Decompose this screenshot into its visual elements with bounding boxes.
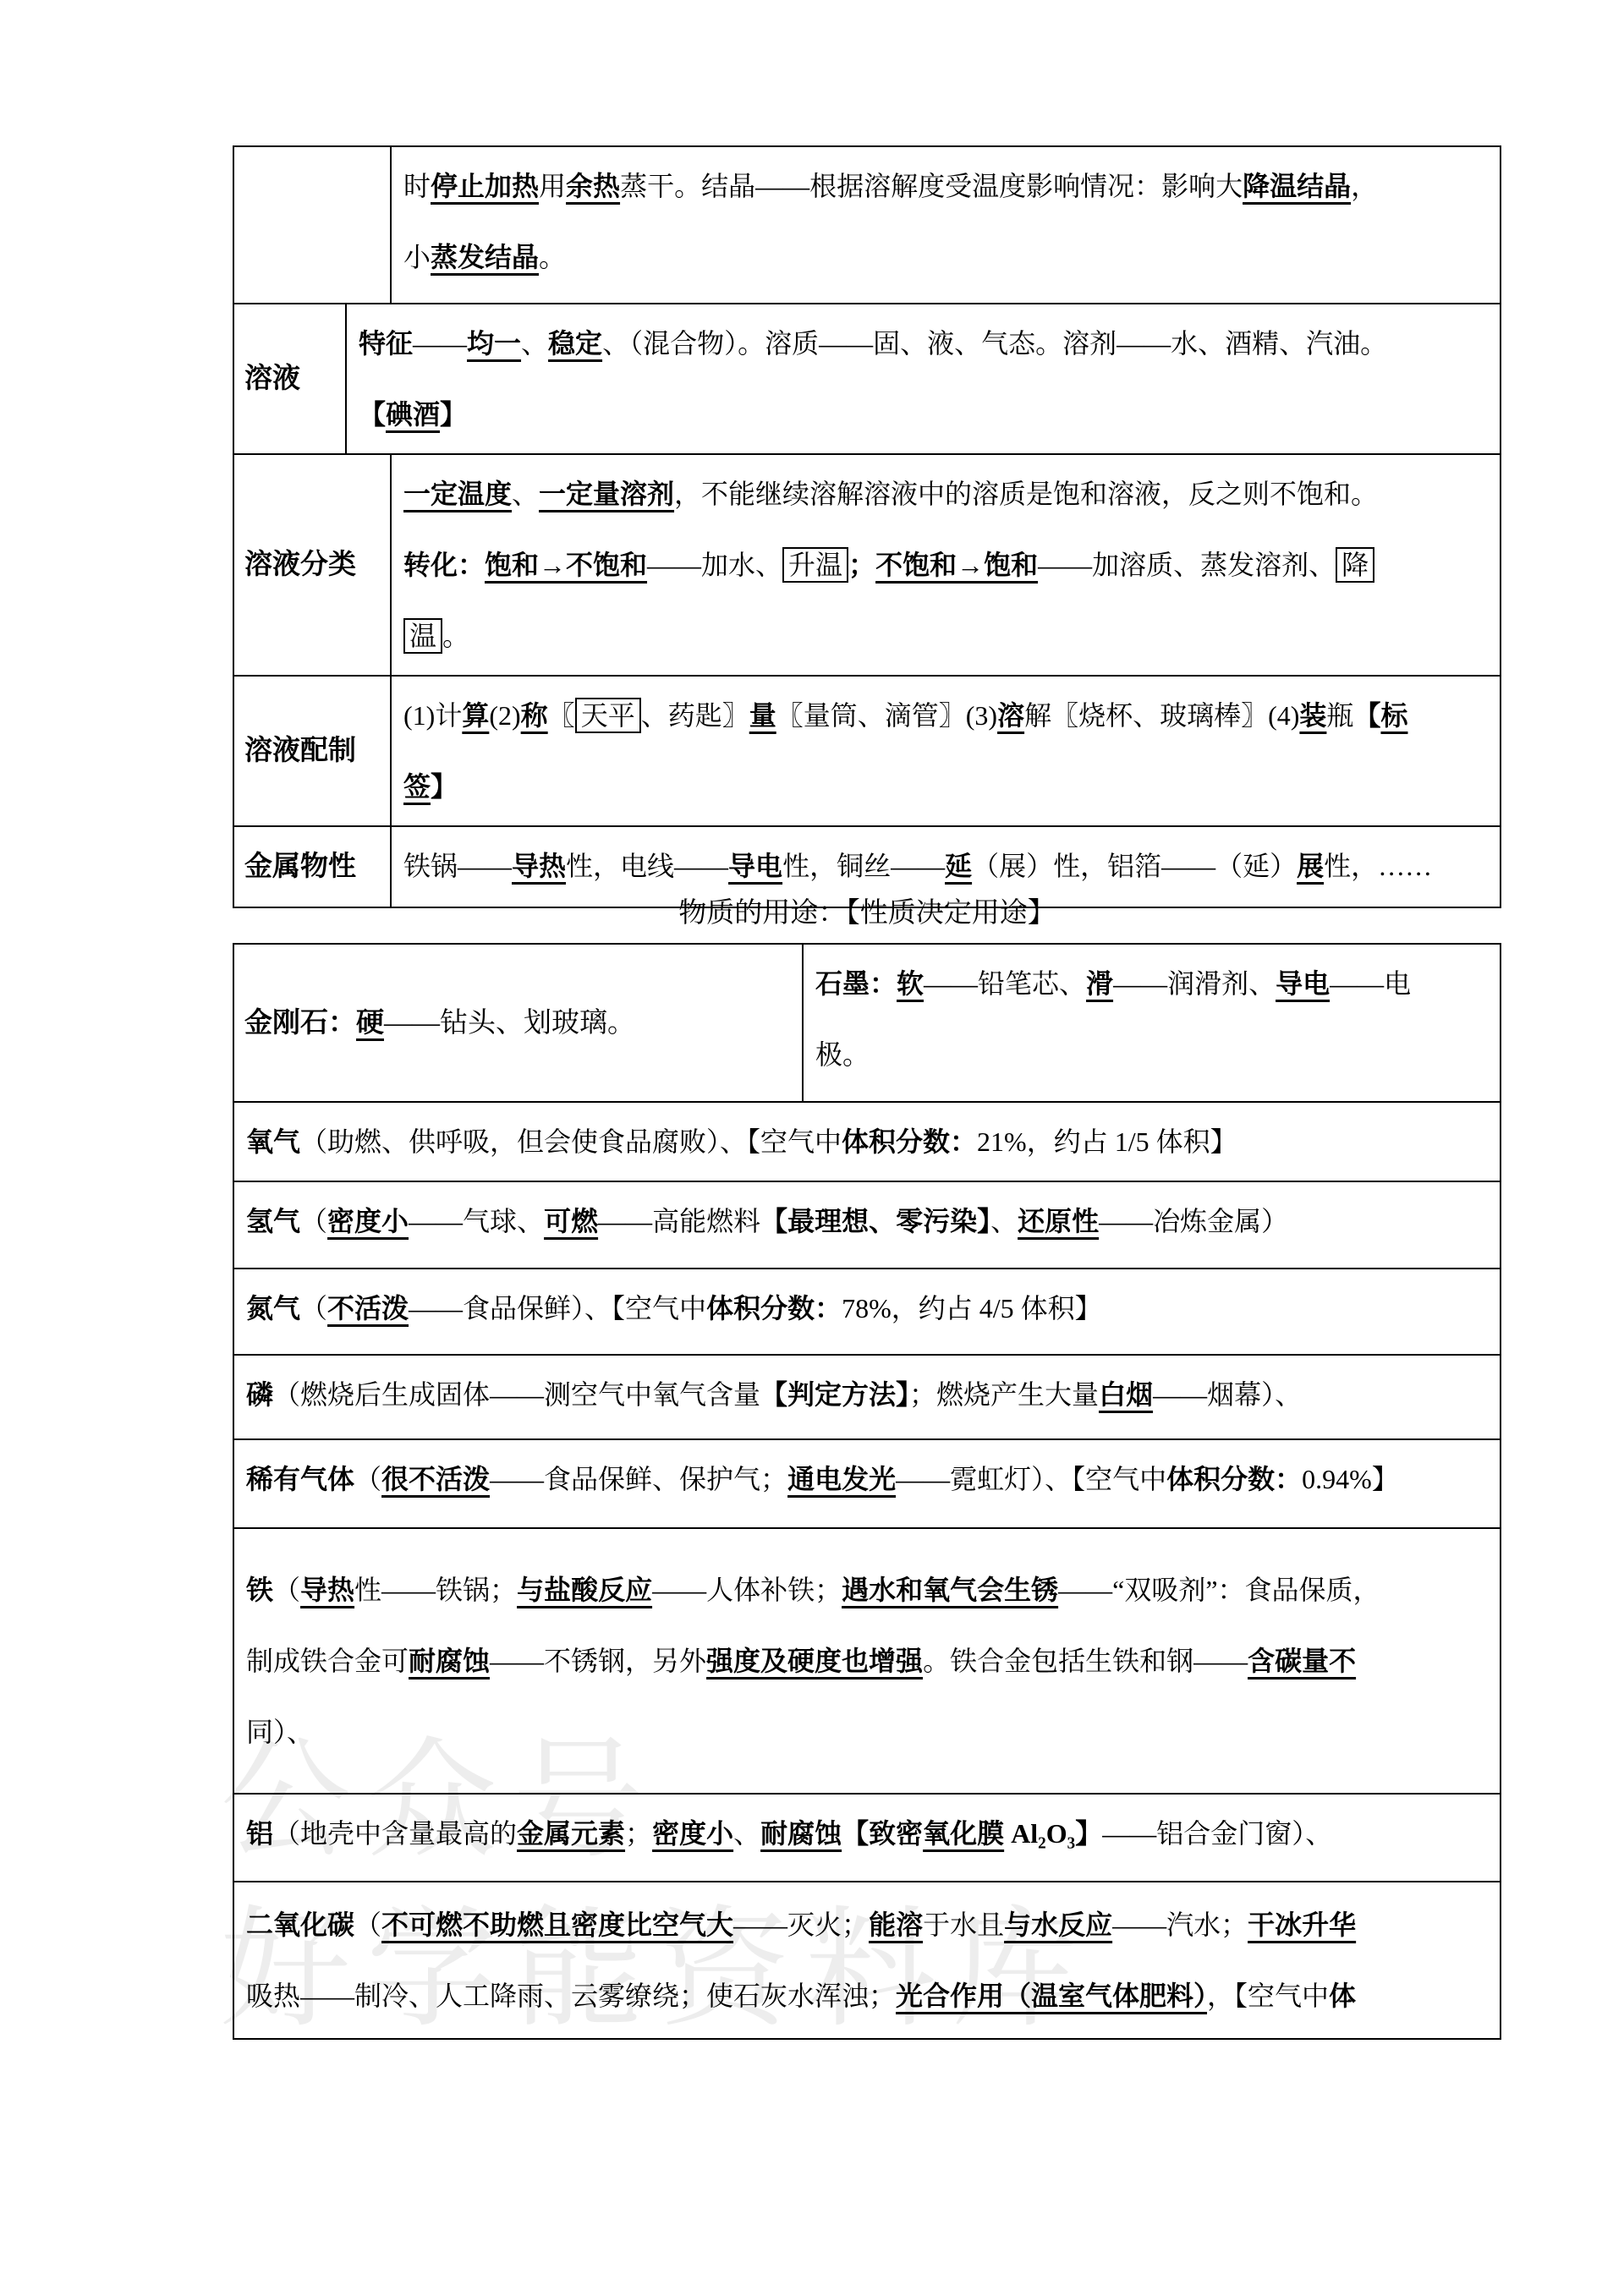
row-label-solution: 溶液	[234, 304, 347, 453]
cell-graphite: 石墨：软——铅笔芯、滑——润滑剂、导电——电极。	[804, 945, 1500, 1101]
cell-phosphorus: 磷（燃烧后生成固体——测空气中氧气含量【判定方法】；燃烧产生大量白烟——烟幕）、	[234, 1356, 1500, 1438]
table-row-solution-classes: 溶液分类 一定温度、一定量溶剂，不能继续溶解溶液中的溶质是饱和溶液，反之则不饱和…	[234, 453, 1500, 675]
row-content-solution-classes: 一定温度、一定量溶剂，不能继续溶解溶液中的溶质是饱和溶液，反之则不饱和。转化：饱…	[392, 455, 1500, 675]
table-row-nitrogen: 氮气（不活泼——食品保鲜）、【空气中体积分数：78%，约占 4/5 体积】	[234, 1268, 1500, 1354]
row-label-empty	[234, 147, 392, 303]
row-label-solution-preparation: 溶液配制	[234, 677, 392, 825]
cell-noble-gases: 稀有气体（很不活泼——食品保鲜、保护气；通电发光——霓虹灯）、【空气中体积分数：…	[234, 1440, 1500, 1527]
table-row-solution: 溶液 特征——均一、稳定、（混合物）。溶质——固、液、气态。溶剂——水、酒精、汽…	[234, 303, 1500, 453]
row-label-solution-classes: 溶液分类	[234, 455, 392, 675]
table-row-crystallization: 时停止加热用余热蒸干。结晶——根据溶解度受温度影响情况：影响大降温结晶，小蒸发结…	[234, 147, 1500, 303]
cell-oxygen: 氧气（助燃、供呼吸，但会使食品腐败）、【空气中体积分数：21%，约占 1/5 体…	[234, 1103, 1500, 1181]
cell-aluminum: 铝（地壳中含量最高的金属元素；密度小、耐腐蚀【致密氧化膜 Al₂O₃】——铝合金…	[234, 1795, 1500, 1881]
section-title: 物质的用途：【性质决定用途】	[233, 886, 1501, 940]
cell-diamond: 金刚石：硬——钻头、划玻璃。	[234, 945, 804, 1101]
table-row-hydrogen: 氢气（密度小——气球、可燃——高能燃料【最理想、零污染】、还原性——冶炼金属）	[234, 1181, 1500, 1268]
table-row-carbon-dioxide: 二氧化碳（不可燃不助燃且密度比空气大——灭火；能溶于水且与水反应——汽水；干冰升…	[234, 1881, 1500, 2038]
substance-uses-table: 金刚石：硬——钻头、划玻璃。 石墨：软——铅笔芯、滑——润滑剂、导电——电极。 …	[233, 943, 1501, 2040]
table-row-aluminum: 铝（地壳中含量最高的金属元素；密度小、耐腐蚀【致密氧化膜 Al₂O₃】——铝合金…	[234, 1793, 1500, 1881]
document-page: 公众号 好学能资料库 时停止加热用余热蒸干。结晶——根据溶解度受温度影响情况：影…	[0, 0, 1624, 2296]
row-content-crystallization: 时停止加热用余热蒸干。结晶——根据溶解度受温度影响情况：影响大降温结晶，小蒸发结…	[392, 147, 1500, 303]
table-row-oxygen: 氧气（助燃、供呼吸，但会使食品腐败）、【空气中体积分数：21%，约占 1/5 体…	[234, 1101, 1500, 1181]
table-row-iron: 铁（导热性——铁锅；与盐酸反应——人体补铁；遇水和氧气会生锈——“双吸剂”：食品…	[234, 1527, 1500, 1793]
solutions-table: 时停止加热用余热蒸干。结晶——根据溶解度受温度影响情况：影响大降温结晶，小蒸发结…	[233, 145, 1501, 908]
table-row-noble-gases: 稀有气体（很不活泼——食品保鲜、保护气；通电发光——霓虹灯）、【空气中体积分数：…	[234, 1438, 1500, 1527]
table-row-phosphorus: 磷（燃烧后生成固体——测空气中氧气含量【判定方法】；燃烧产生大量白烟——烟幕）、	[234, 1354, 1500, 1438]
cell-nitrogen: 氮气（不活泼——食品保鲜）、【空气中体积分数：78%，约占 4/5 体积】	[234, 1269, 1500, 1354]
cell-hydrogen: 氢气（密度小——气球、可燃——高能燃料【最理想、零污染】、还原性——冶炼金属）	[234, 1182, 1500, 1268]
table-row-solution-preparation: 溶液配制 (1)计算(2)称〖天平、药匙〗量〖量筒、滴管〗(3)溶解〖烧杯、玻璃…	[234, 675, 1500, 825]
row-content-solution-preparation: (1)计算(2)称〖天平、药匙〗量〖量筒、滴管〗(3)溶解〖烧杯、玻璃棒〗(4)…	[392, 677, 1500, 825]
row-content-solution: 特征——均一、稳定、（混合物）。溶质——固、液、气态。溶剂——水、酒精、汽油。【…	[347, 304, 1500, 453]
cell-carbon-dioxide: 二氧化碳（不可燃不助燃且密度比空气大——灭火；能溶于水且与水反应——汽水；干冰升…	[234, 1882, 1500, 2038]
table-row-diamond-graphite: 金刚石：硬——钻头、划玻璃。 石墨：软——铅笔芯、滑——润滑剂、导电——电极。	[234, 945, 1500, 1101]
cell-iron: 铁（导热性——铁锅；与盐酸反应——人体补铁；遇水和氧气会生锈——“双吸剂”：食品…	[234, 1529, 1500, 1793]
